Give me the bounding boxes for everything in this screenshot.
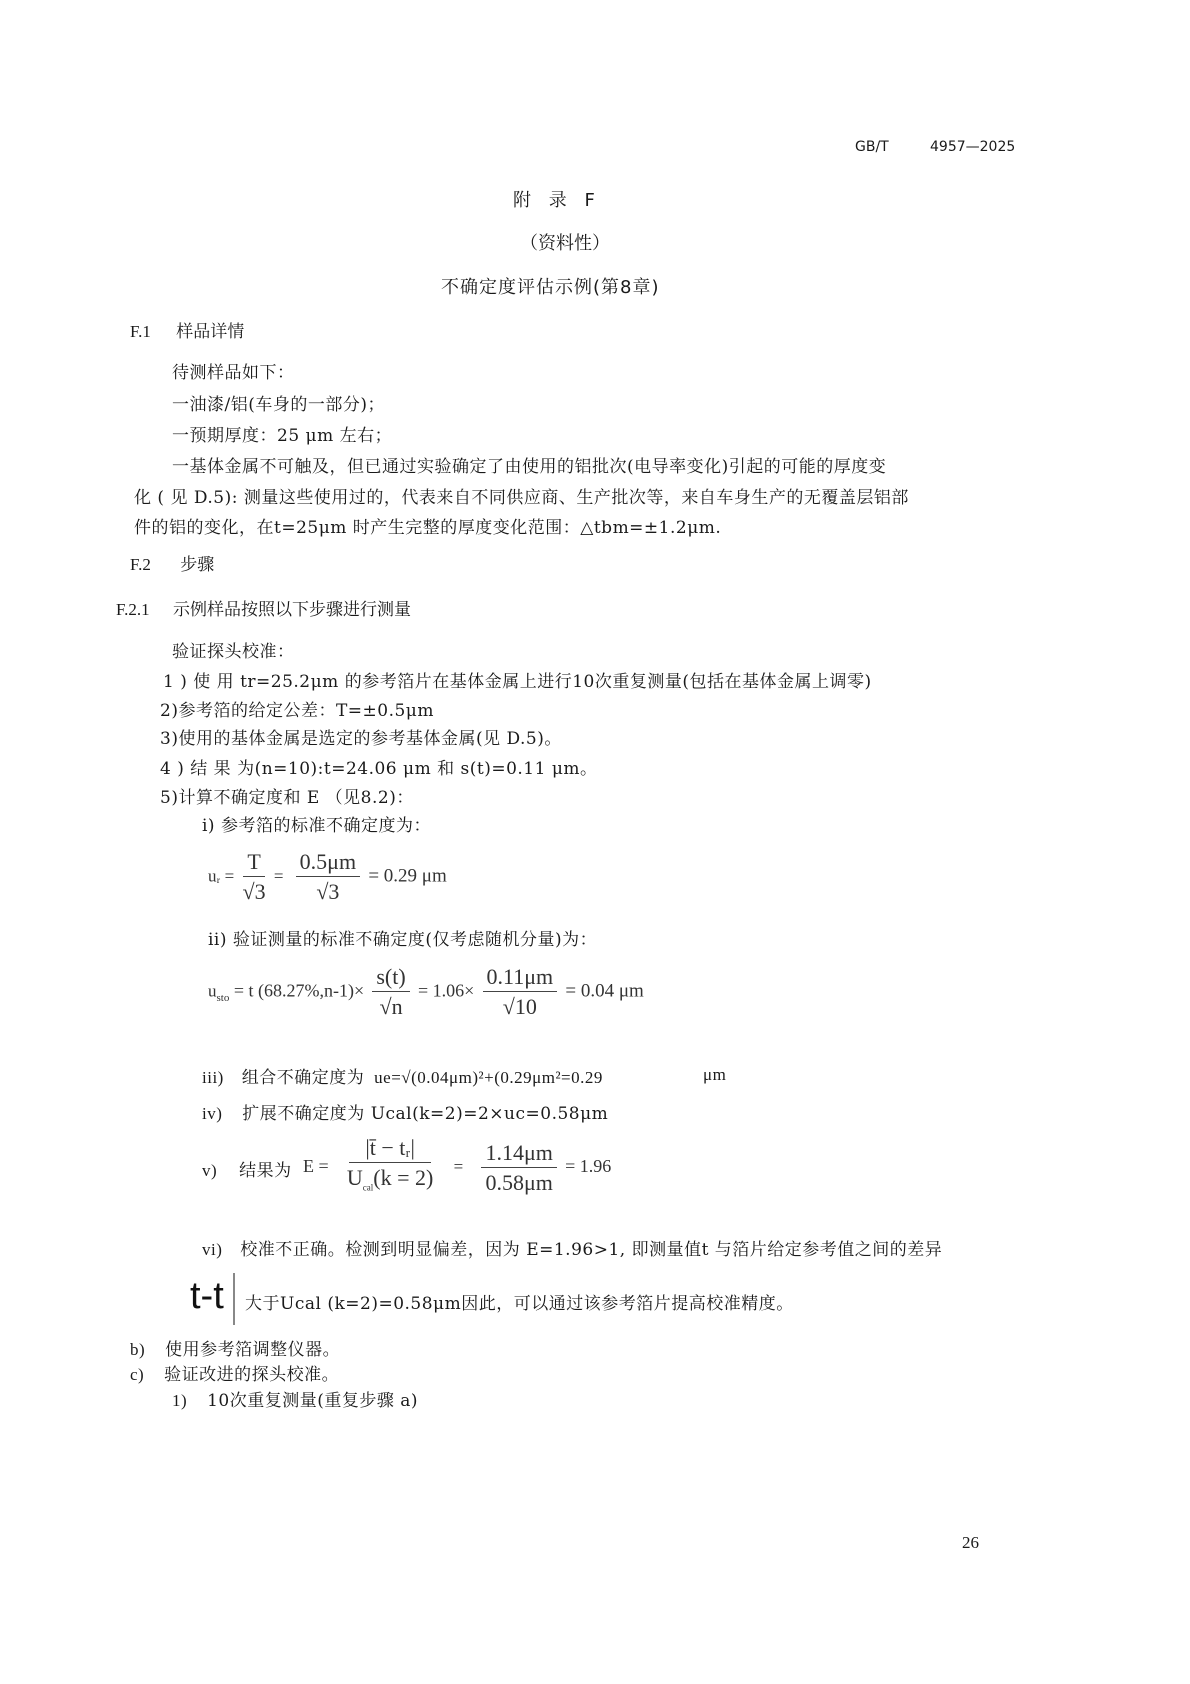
formula-inline: ue=√(0.04μm)²+(0.29μm²=0.29 [374,1068,603,1087]
section-title: 样品详情 [176,322,244,342]
item-text: 使用参考箔调整仪器。 [165,1340,340,1360]
formula-result: = 0.29 μm [368,865,446,886]
step-4: 4 ) 结 果 为(n=10):t=24.06 μm 和 s(t)=0.11 μ… [160,754,598,779]
roman-numeral: iv) [202,1104,222,1123]
fraction: |t̄ − tᵣ| Ucal(k = 2) [347,1134,433,1202]
sub-text: 组合不确定度为 [242,1068,365,1088]
denominator: √3 [316,877,339,907]
f1-intro: 待测样品如下： [172,358,295,383]
subscript: sto [217,992,230,1004]
item-label: b) [130,1340,145,1359]
f1-item: 化 ( 见 D.5): 测量这些使用过的，代表来自不同供应商、生产批次等，来自车… [134,483,909,508]
fraction: T √3 [243,848,266,907]
sub-vi-continuation: 大于Ucal (k=2)=0.58μm因此，可以通过该参考箔片提高校准精度。 [245,1289,794,1314]
sub-v-label: v) 结果为 [202,1156,292,1181]
roman-numeral: v) [202,1161,217,1180]
formula-result: = 1.96 [565,1156,611,1176]
roman-numeral: vi) [202,1240,222,1259]
denominator: √3 [243,877,266,907]
step-3: 3)使用的基体金属是选定的参考基体金属(见 D.5)。 [160,724,562,749]
sub-text: 校准不正确。检测到明显偏差，因为 E=1.96>1, 即测量值t 与箔片给定参考… [240,1240,942,1260]
item-label: 1) [172,1391,187,1410]
formula-ur: uᵣ = T √3 = 0.5μm √3 = 0.29 μm [208,848,447,907]
numerator: 1.14μm [481,1139,556,1168]
formula-lhs: u [208,981,217,1000]
numerator: 0.11μm [483,963,558,992]
section-f21-heading: F.2.1 示例样品按照以下步骤进行测量 [116,595,411,620]
formula-result: = 0.04 μm [565,980,643,1001]
step-1: 1 ) 使 用 tr=25.2μm 的参考箔片在基体金属上进行10次重复测量(包… [163,667,872,692]
formula-lhs: E = [303,1156,329,1176]
denominator: √n [380,992,403,1022]
numerator: |t̄ − tᵣ| [349,1134,431,1163]
item-c: c) 验证改进的探头校准。 [130,1360,339,1385]
item-text: 验证改进的探头校准。 [164,1365,339,1385]
f1-item: 一基体金属不可触及，但已通过实验确定了由使用的铝批次(电导率变化)引起的可能的厚… [172,452,886,477]
item-b: b) 使用参考箔调整仪器。 [130,1335,340,1360]
denominator: 0.58μm [485,1168,552,1198]
standard-number: 4957—2025 [930,139,1015,155]
sub-text: 结果为 [239,1161,292,1181]
den-sub: cal [363,1182,374,1192]
standard-prefix: GB/T [855,139,889,155]
item-label: c) [130,1365,144,1384]
den-main: U [347,1165,363,1190]
section-number: F.2 [130,555,151,574]
sub-text: 扩展不确定度为 Ucal(k=2)=2×uc=0.58μm [242,1104,608,1124]
formula-lhs-rest: = t (68.27%,n-1)× [229,980,364,1000]
numerator: T [243,848,264,877]
numerator: 0.5μm [296,848,360,877]
numerator: s(t) [372,963,409,992]
t-minus-t-symbol: t-t [190,1275,224,1318]
denominator: Ucal(k = 2) [347,1163,433,1202]
fraction: 0.5μm √3 [296,848,360,907]
step-5: 5)计算不确定度和 E （见8.2)： [160,783,414,808]
equals: = [274,866,284,885]
roman-numeral: iii) [202,1068,224,1087]
section-number: F.2.1 [116,600,150,619]
f1-item: 一预期厚度：25 μm 左右； [172,421,392,446]
sub-iii: iii) 组合不确定度为 ue=√(0.04μm)²+(0.29μm²=0.29 [202,1063,603,1088]
section-title: 步骤 [180,555,214,575]
f21-intro: 验证探头校准： [172,637,295,662]
annex-subtitle: 不确定度评估示例(第8章) [441,273,660,299]
sub-vi: vi) 校准不正确。检测到明显偏差，因为 E=1.96>1, 即测量值t 与箔片… [202,1235,942,1260]
sub-i-label: i) 参考箔的标准不确定度为： [202,811,431,836]
f1-item: 件的铝的变化，在t=25μm 时产生完整的厚度变化范围：△tbm=±1.2μm. [134,513,721,538]
denominator: √10 [503,992,537,1022]
sub-iv: iv) 扩展不确定度为 Ucal(k=2)=2×uc=0.58μm [202,1099,608,1124]
item-text: 10次重复测量(重复步骤 a) [207,1391,418,1411]
page-number: 26 [962,1533,979,1553]
formula-lhs: uᵣ = [208,866,234,885]
fraction: 1.14μm 0.58μm [481,1139,556,1198]
section-f1-heading: F.1 样品详情 [130,317,244,342]
annex-nature: （资料性） [520,229,610,255]
sub-ii-label: ii) 验证测量的标准不确定度(仅考虑随机分量)为： [208,925,597,950]
fraction: 0.11μm √10 [483,963,558,1022]
f1-item: 一油漆/铝(车身的一部分)； [172,390,385,415]
section-title: 示例样品按照以下步骤进行测量 [173,600,411,620]
equals: = [454,1157,464,1176]
annex-title: 附 录 F [513,186,601,212]
section-number: F.1 [130,322,151,341]
formula-usto: usto = t (68.27%,n-1)× s(t) √n = 1.06× 0… [208,963,644,1022]
abs-bar-divider [233,1273,235,1325]
fraction: s(t) √n [372,963,409,1022]
formula-mid: = 1.06× [418,980,474,1000]
sub-iii-unit: μm [703,1065,726,1085]
den-rest: (k = 2) [373,1165,433,1190]
item-c1: 1) 10次重复测量(重复步骤 a) [172,1386,418,1411]
section-f2-heading: F.2 步骤 [130,550,214,575]
formula-E: E = |t̄ − tᵣ| Ucal(k = 2) = 1.14μm 0.58μ… [303,1134,611,1202]
step-2: 2)参考箔的给定公差：T=±0.5μm [160,696,434,721]
